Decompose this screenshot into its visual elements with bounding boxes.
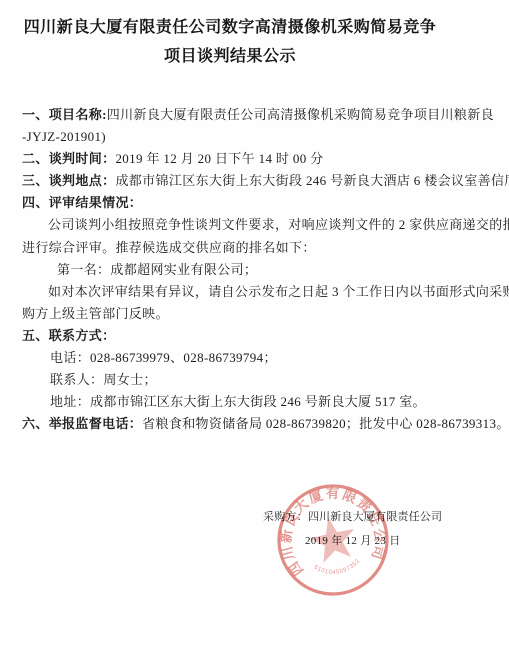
line-project-name: 一、项目名称:四川新良大厦有限责任公司高清摄像机采购简易竞争项目川粮新良 bbox=[22, 104, 480, 126]
buyer-line: 采购方：四川新良大厦有限责任公司 bbox=[263, 508, 442, 524]
section-text: -JYJZ-201901) bbox=[22, 129, 106, 144]
section-text: 省粮食和物资储备局 028-86739820；批发中心 028-86739313… bbox=[142, 416, 509, 431]
line-report-phone: 六、举报监督电话：省粮食和物资储备局 028-86739820；批发中心 028… bbox=[22, 413, 480, 435]
section-text: 公司谈判小组按照竞争性谈判文件要求，对响应谈判文件的 2 家供应商递交的报价文件 bbox=[48, 217, 509, 232]
section-text: 联系人：周女士； bbox=[50, 372, 157, 387]
section-text: 购方上级主管部门反映。 bbox=[22, 306, 169, 321]
section-text: 地址：成都市锦江区东大街上东大街段 246 号新良大厦 517 室。 bbox=[50, 394, 426, 409]
line-objection-paragraph-1: 如对本次评审结果有异议，请自公示发布之日起 3 个工作日内以书面形式向采购方或采 bbox=[22, 281, 480, 303]
seal-number-text: 5101045097352 bbox=[312, 555, 363, 580]
section-text: 如对本次评审结果有异议，请自公示发布之日起 3 个工作日内以书面形式向采购方或采 bbox=[48, 284, 509, 299]
page-title: 四川新良大厦有限责任公司数字高清摄像机采购简易竞争 项目谈判结果公示 bbox=[20, 13, 440, 71]
line-negotiation-place: 三、谈判地点：成都市锦江区东大街上东大街段 246 号新良大酒店 6 楼会议室善… bbox=[22, 170, 480, 192]
line-review-result-header: 四、评审结果情况： bbox=[22, 192, 480, 214]
title-line-1: 四川新良大厦有限责任公司数字高清摄像机采购简易竞争 bbox=[20, 13, 440, 42]
document-body: 一、项目名称:四川新良大厦有限责任公司高清摄像机采购简易竞争项目川粮新良 -JY… bbox=[22, 104, 480, 435]
section-text: 进行综合评审。推荐候选成交供应商的排名如下： bbox=[22, 240, 316, 255]
section-label: 四、评审结果情况： bbox=[22, 195, 142, 210]
section-label: 三、谈判地点： bbox=[22, 173, 115, 188]
title-line-2: 项目谈判结果公示 bbox=[20, 42, 440, 71]
line-contact-header: 五、联系方式： bbox=[22, 325, 480, 347]
line-review-paragraph-1: 公司谈判小组按照竞争性谈判文件要求，对响应谈判文件的 2 家供应商递交的报价文件 bbox=[22, 214, 480, 236]
date-line: 2019 年 12 月 23 日 bbox=[305, 532, 401, 548]
svg-text:5101045097352: 5101045097352 bbox=[312, 555, 363, 580]
buyer-label: 采购方： bbox=[263, 511, 308, 523]
section-text: 2019 年 12 月 20 日下午 14 时 00 分 bbox=[115, 151, 323, 166]
section-label: 二、谈判时间： bbox=[22, 151, 115, 166]
line-address: 地址：成都市锦江区东大街上东大街段 246 号新良大厦 517 室。 bbox=[22, 391, 480, 413]
line-objection-paragraph-2: 购方上级主管部门反映。 bbox=[22, 303, 480, 325]
section-label: 一、项目名称: bbox=[22, 107, 107, 122]
line-negotiation-time: 二、谈判时间：2019 年 12 月 20 日下午 14 时 00 分 bbox=[22, 148, 480, 170]
section-label: 五、联系方式： bbox=[22, 328, 115, 343]
line-contact-person: 联系人：周女士； bbox=[22, 369, 480, 391]
section-text: 成都市锦江区东大街上东大街段 246 号新良大酒店 6 楼会议室善信厅 bbox=[115, 173, 509, 188]
buyer-name: 四川新良大厦有限责任公司 bbox=[308, 511, 442, 523]
seal-company-text: 四川新良大厦有限责任公司 bbox=[268, 474, 394, 584]
line-phone: 电话：028-86739979、028-86739794； bbox=[22, 347, 480, 369]
line-project-code: -JYJZ-201901) bbox=[22, 126, 480, 148]
section-text: 电话：028-86739979、028-86739794； bbox=[50, 350, 277, 365]
line-first-place: 第一名：成都超网实业有限公司； bbox=[22, 259, 480, 281]
line-review-paragraph-2: 进行综合评审。推荐候选成交供应商的排名如下： bbox=[22, 237, 480, 259]
svg-text:四川新良大厦有限责任公司: 四川新良大厦有限责任公司 bbox=[268, 474, 394, 584]
document-page: 四川新良大厦有限责任公司数字高清摄像机采购简易竞争 项目谈判结果公示 一、项目名… bbox=[0, 0, 509, 669]
section-label: 六、举报监督电话： bbox=[22, 416, 142, 431]
section-text: 第一名：成都超网实业有限公司； bbox=[57, 262, 257, 277]
section-text: 四川新良大厦有限责任公司高清摄像机采购简易竞争项目川粮新良 bbox=[107, 107, 494, 122]
